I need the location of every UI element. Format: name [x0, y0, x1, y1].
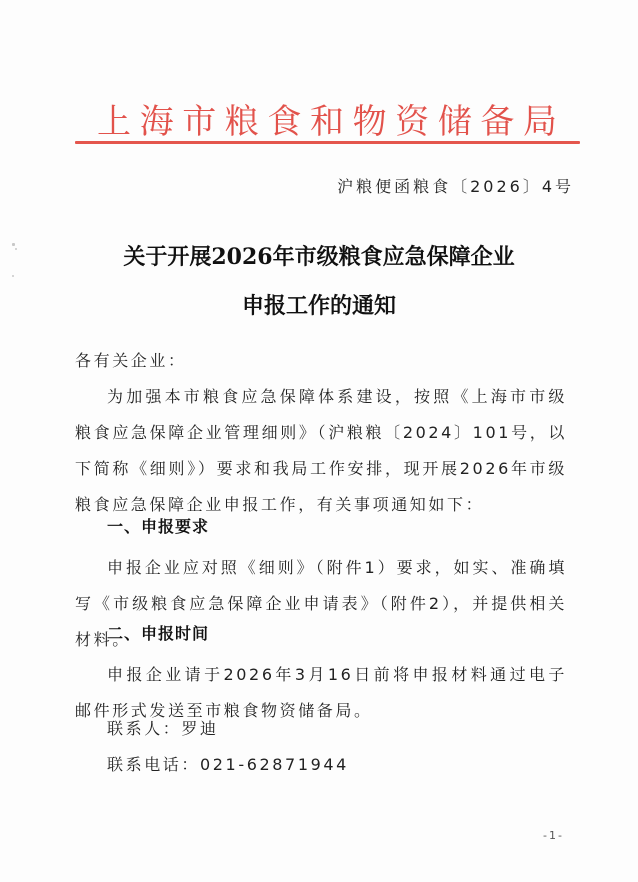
document-title-line-1: 关于开展2026年市级粮食应急保障企业 [0, 240, 638, 271]
org-char: 物 [353, 103, 387, 141]
organization-name: 上 海 市 粮 食 和 物 资 储 备 局 [97, 103, 557, 141]
salutation: 各有关企业： [75, 343, 567, 379]
letterhead-red-rule [75, 141, 580, 144]
org-char: 食 [267, 103, 301, 141]
org-char: 粮 [225, 103, 259, 141]
org-char: 局 [523, 103, 557, 141]
section-heading-schedule: 二、申报时间 [107, 621, 209, 644]
org-char: 市 [182, 103, 216, 141]
page-number: -1- [543, 829, 564, 842]
org-char: 储 [438, 103, 472, 141]
scan-speck [12, 275, 14, 277]
org-char: 和 [310, 103, 344, 141]
letterhead: 上 海 市 粮 食 和 物 资 储 备 局 [75, 103, 580, 143]
document-title-line-2: 申报工作的通知 [0, 289, 638, 320]
org-char: 备 [480, 103, 514, 141]
intro-paragraph: 为加强本市粮食应急保障体系建设，按照《上海市市级粮食应急保障企业管理细则》（沪粮… [75, 379, 567, 523]
org-char: 海 [140, 103, 174, 141]
contact-phone: 联系电话：021-62871944 [107, 752, 349, 775]
org-char: 上 [97, 103, 131, 141]
section-heading-requirements: 一、申报要求 [107, 514, 209, 537]
org-char: 资 [395, 103, 429, 141]
contact-person: 联系人：罗迪 [107, 716, 219, 739]
document-number: 沪粮便函粮食〔2026〕4号 [337, 174, 574, 197]
document-page: 上 海 市 粮 食 和 物 资 储 备 局 沪粮便函粮食〔2026〕4号 关于开… [0, 0, 638, 882]
